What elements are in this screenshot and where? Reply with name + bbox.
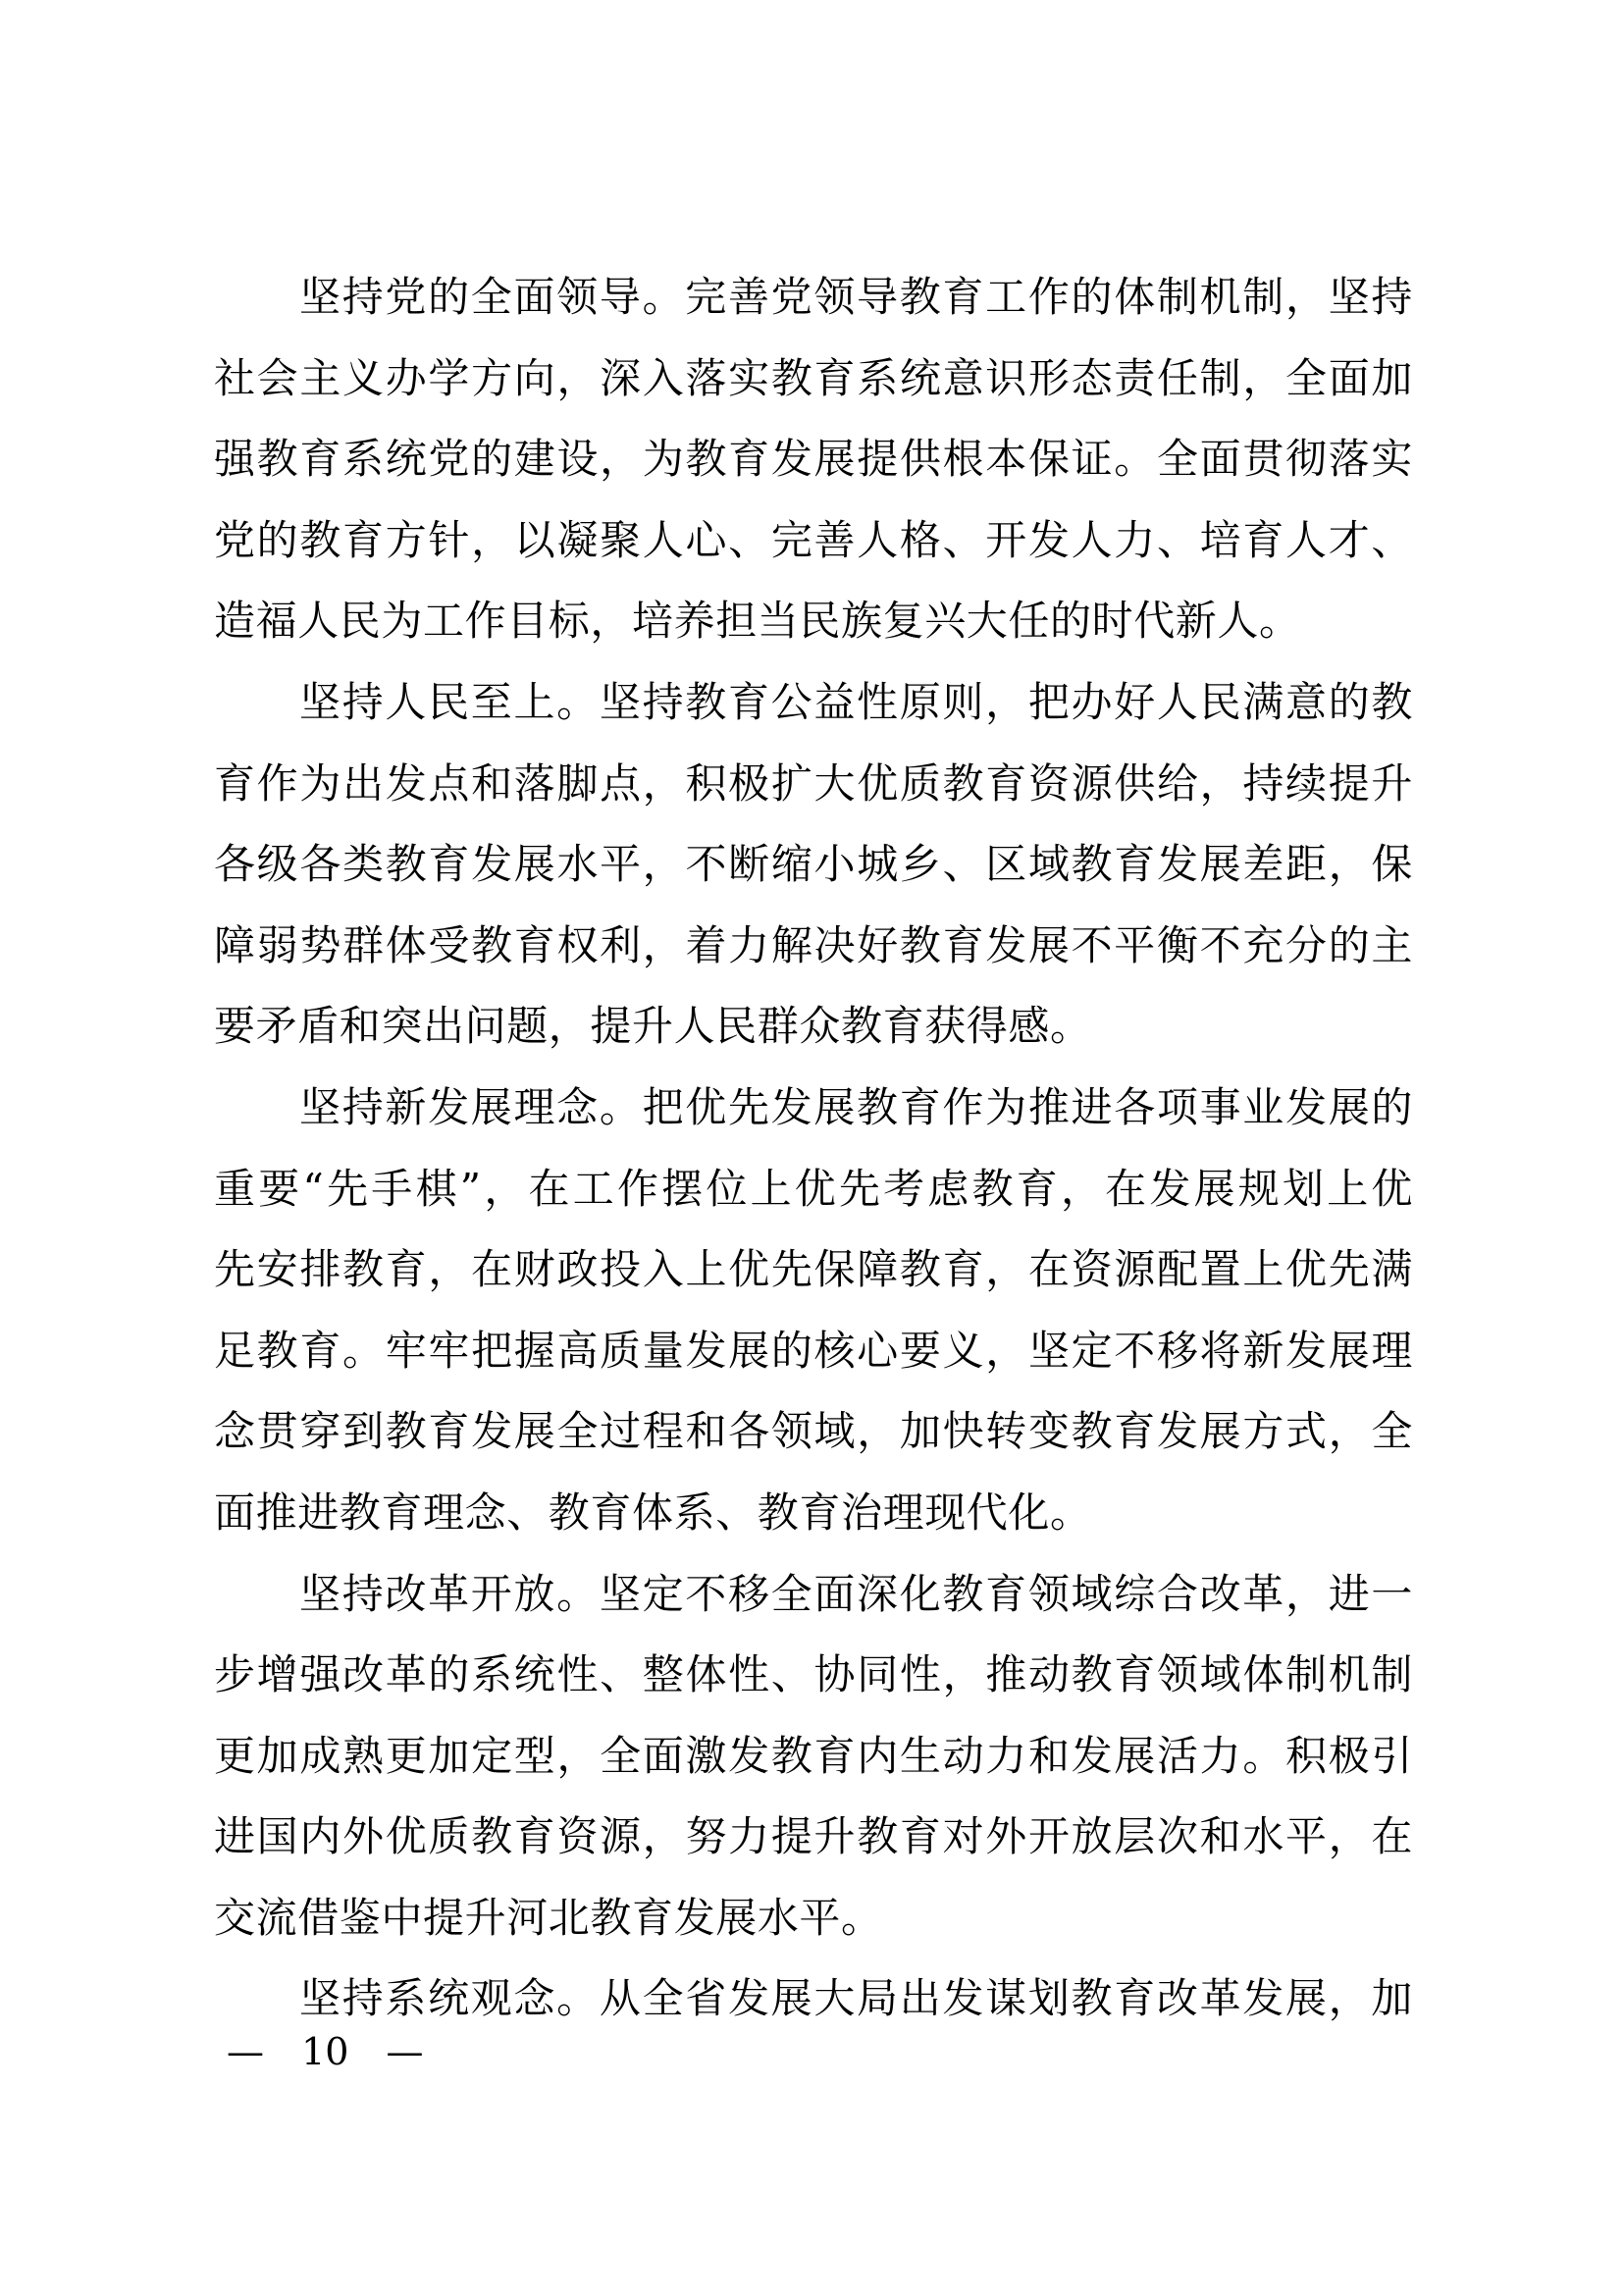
paragraph-2-line-3: 各级各类教育发展水平，不断缩小城乡、区域教育发展差距，保 bbox=[214, 824, 1413, 906]
document-page: 坚持党的全面领导。完善党领导教育工作的体制机制，坚持社会主义办学方向，深入落实教… bbox=[0, 0, 1624, 2296]
paragraph-1-line-1: 坚持党的全面领导。完善党领导教育工作的体制机制，坚持 bbox=[214, 257, 1413, 339]
paragraph-4-line-5: 交流借鉴中提升河北教育发展水平。 bbox=[214, 1878, 1413, 1959]
paragraph-3: 坚持新发展理念。把优先发展教育作为推进各项事业发展的重要“先手棋”，在工作摆位上… bbox=[214, 1068, 1413, 1554]
paragraph-3-line-6: 面推进教育理念、教育体系、教育治理现代化。 bbox=[214, 1473, 1413, 1554]
paragraph-1-line-3: 强教育系统党的建设，为教育发展提供根本保证。全面贯彻落实 bbox=[214, 419, 1413, 500]
paragraph-3-line-3: 先安排教育，在财政投入上优先保障教育，在资源配置上优先满 bbox=[214, 1229, 1413, 1311]
paragraph-1-line-5: 造福人民为工作目标，培养担当民族复兴大任的时代新人。 bbox=[214, 581, 1413, 662]
paragraph-4-line-4: 进国内外优质教育资源，努力提升教育对外开放层次和水平，在 bbox=[214, 1797, 1413, 1878]
paragraph-4-line-3: 更加成熟更加定型，全面激发教育内生动力和发展活力。积极引 bbox=[214, 1716, 1413, 1798]
paragraph-4: 坚持改革开放。坚定不移全面深化教育领域综合改革，进一步增强改革的系统性、整体性、… bbox=[214, 1554, 1413, 1959]
paragraph-2-line-1: 坚持人民至上。坚持教育公益性原则，把办好人民满意的教 bbox=[214, 662, 1413, 744]
paragraph-1-line-2: 社会主义办学方向，深入落实教育系统意识形态责任制，全面加 bbox=[214, 339, 1413, 420]
paragraph-2-line-5: 要矛盾和突出问题，提升人民群众教育获得感。 bbox=[214, 986, 1413, 1068]
paragraph-5-line-1: 坚持系统观念。从全省发展大局出发谋划教育改革发展，加 bbox=[214, 1958, 1413, 2040]
paragraph-3-line-2: 重要“先手棋”，在工作摆位上优先考虑教育，在发展规划上优 bbox=[214, 1149, 1413, 1230]
paragraph-4-line-2: 步增强改革的系统性、整体性、协同性，推动教育领域体制机制 bbox=[214, 1635, 1413, 1716]
paragraph-1-line-4: 党的教育方针，以凝聚人心、完善人格、开发人力、培育人才、 bbox=[214, 500, 1413, 582]
paragraph-3-line-5: 念贯穿到教育发展全过程和各领域，加快转变教育发展方式，全 bbox=[214, 1391, 1413, 1473]
paragraph-2: 坚持人民至上。坚持教育公益性原则，把办好人民满意的教育作为出发点和落脚点，积极扩… bbox=[214, 662, 1413, 1068]
paragraph-5: 坚持系统观念。从全省发展大局出发谋划教育改革发展，加 bbox=[214, 1958, 1413, 2040]
paragraph-4-line-1: 坚持改革开放。坚定不移全面深化教育领域综合改革，进一 bbox=[214, 1554, 1413, 1636]
page-number: — 10 — bbox=[227, 2029, 424, 2074]
text-block: 坚持党的全面领导。完善党领导教育工作的体制机制，坚持社会主义办学方向，深入落实教… bbox=[214, 257, 1413, 2040]
paragraph-3-line-4: 足教育。牢牢把握高质量发展的核心要义，坚定不移将新发展理 bbox=[214, 1311, 1413, 1392]
paragraph-2-line-2: 育作为出发点和落脚点，积极扩大优质教育资源供给，持续提升 bbox=[214, 744, 1413, 825]
paragraph-3-line-1: 坚持新发展理念。把优先发展教育作为推进各项事业发展的 bbox=[214, 1068, 1413, 1149]
paragraph-1: 坚持党的全面领导。完善党领导教育工作的体制机制，坚持社会主义办学方向，深入落实教… bbox=[214, 257, 1413, 662]
paragraph-2-line-4: 障弱势群体受教育权利，着力解决好教育发展不平衡不充分的主 bbox=[214, 906, 1413, 987]
